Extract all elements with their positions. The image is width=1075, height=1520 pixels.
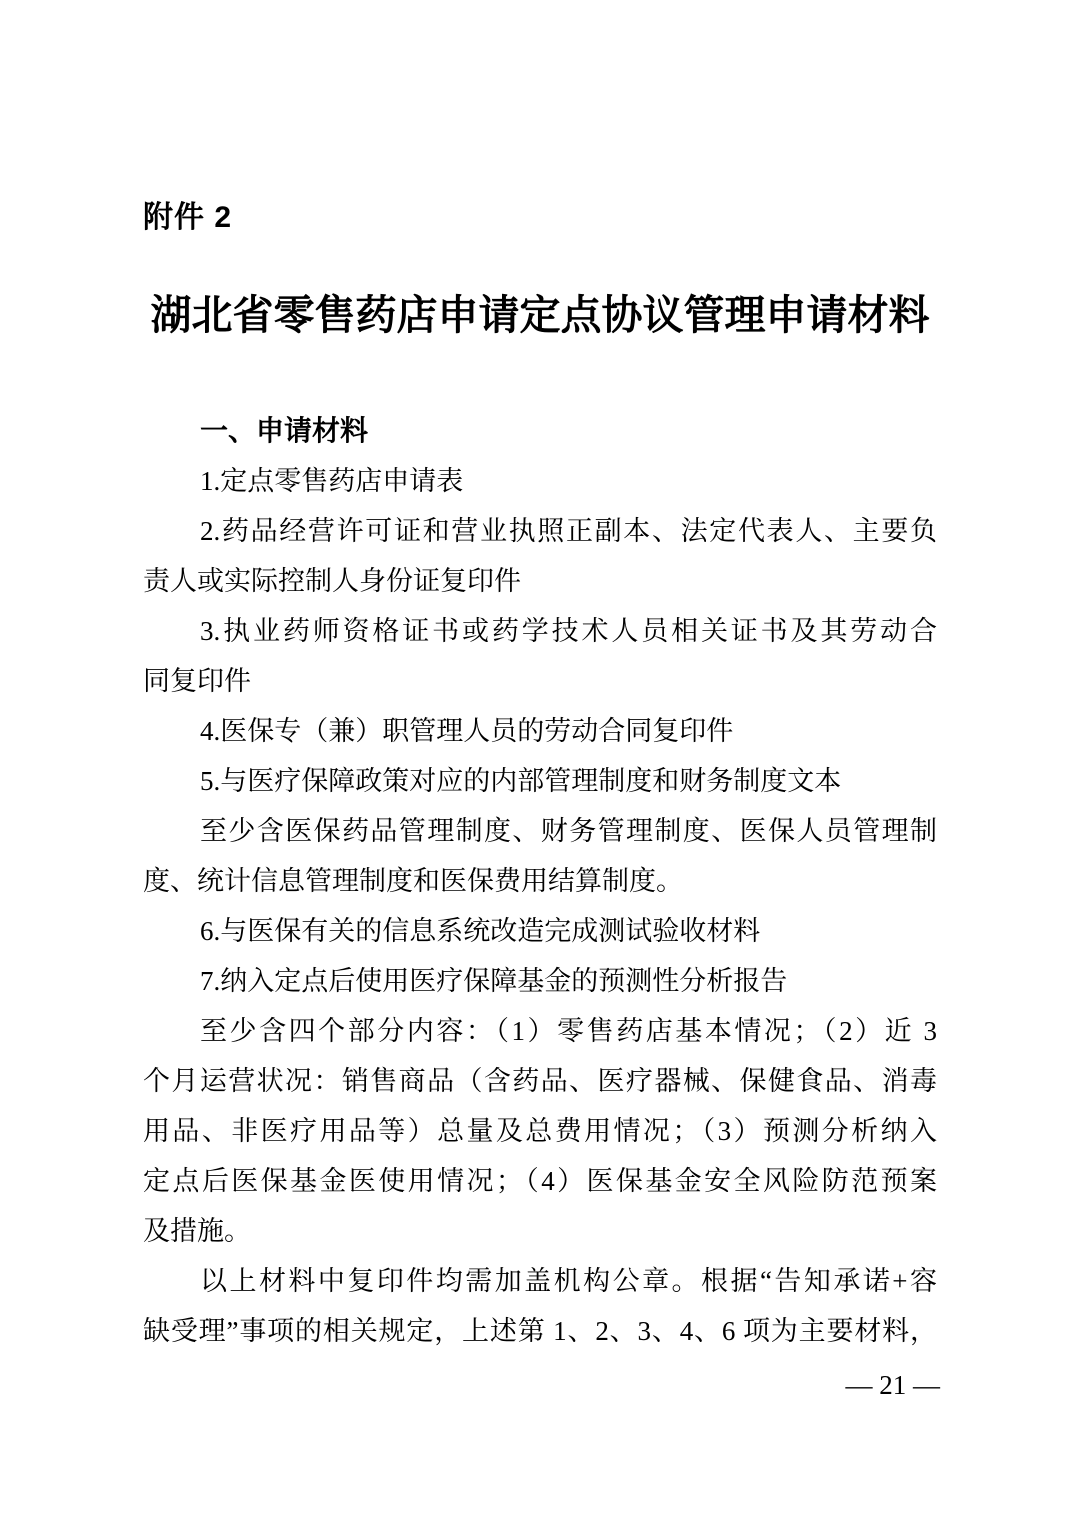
body-line: 度、统计信息管理制度和医保费用结算制度。 [143,856,937,906]
body-line: 个月运营状况：销售商品（含药品、医疗器械、保健食品、消毒 [143,1056,937,1106]
body-line: 5.与医疗保障政策对应的内部管理制度和财务制度文本 [143,756,937,806]
body-line: 2.药品经营许可证和营业执照正副本、法定代表人、主要负 [143,506,937,556]
body-line: 6.与医保有关的信息系统改造完成测试验收材料 [143,906,937,956]
body-line: 至少含四个部分内容：（1）零售药店基本情况；（2）近 3 [143,1006,937,1056]
body-line: 缺受理”事项的相关规定，上述第 1、2、3、4、6 项为主要材料， [143,1306,937,1356]
document-page: 附件 2 湖北省零售药店申请定点协议管理申请材料 一、申请材料 1.定点零售药店… [0,0,1075,1520]
document-body: 一、申请材料 1.定点零售药店申请表2.药品经营许可证和营业执照正副本、法定代表… [143,406,937,1356]
body-line: 至少含医保药品管理制度、财务管理制度、医保人员管理制 [143,806,937,856]
body-line: 4.医保专（兼）职管理人员的劳动合同复印件 [143,706,937,756]
body-line: 用品、非医疗用品等）总量及总费用情况；（3）预测分析纳入 [143,1106,937,1156]
body-line: 定点后医保基金医使用情况；（4）医保基金安全风险防范预案 [143,1156,937,1206]
body-line: 1.定点零售药店申请表 [143,456,937,506]
body-line: 以上材料中复印件均需加盖机构公章。根据“告知承诺+容 [143,1256,937,1306]
body-line: 3.执业药师资格证书或药学技术人员相关证书及其劳动合 [143,606,937,656]
body-lines: 1.定点零售药店申请表2.药品经营许可证和营业执照正副本、法定代表人、主要负责人… [143,456,937,1356]
body-line: 7.纳入定点后使用医疗保障基金的预测性分析报告 [143,956,937,1006]
document-title: 湖北省零售药店申请定点协议管理申请材料 [143,291,937,339]
body-line: 责人或实际控制人身份证复印件 [143,556,937,606]
attachment-label: 附件 2 [143,200,232,236]
body-line: 同复印件 [143,656,937,706]
body-line: 及措施。 [143,1206,937,1256]
page-number: — 21 — [846,1368,941,1402]
section-heading: 一、申请材料 [143,406,937,456]
